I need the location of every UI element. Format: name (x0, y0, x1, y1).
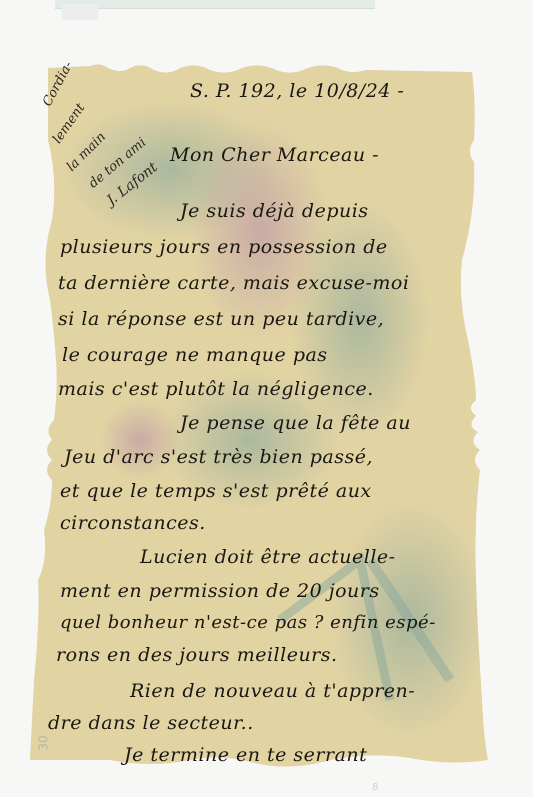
body-line-13: quel bonheur n'est-ce pas ? enfin espé- (60, 612, 436, 633)
body-line-17: Je termine en te serrant (124, 744, 367, 766)
body-line-11: Lucien doit être actuelle- (140, 546, 396, 568)
archive-bottom-mark: 8 (372, 782, 378, 793)
body-line-9: et que le temps s'est prêté aux (60, 480, 372, 502)
body-line-10: circonstances. (60, 512, 206, 534)
body-line-12: ment en permission de 20 jours (60, 580, 380, 602)
body-line-8: Jeu d'arc s'est très bien passé, (64, 446, 373, 468)
body-line-5: le courage ne manque pas (62, 344, 328, 366)
archive-pencil-number: 30 (37, 735, 51, 750)
body-line-14: rons en des jours meilleurs. (56, 644, 338, 666)
body-line-2: plusieurs jours en possession de (60, 236, 388, 258)
body-line-7: Je pense que la fête au (180, 412, 411, 434)
scan-top-strip (55, 0, 375, 9)
body-line-6: mais c'est plutôt la négligence. (58, 378, 374, 400)
body-line-16: dre dans le secteur.. (48, 712, 254, 734)
body-line-15: Rien de nouveau à t'appren- (130, 680, 415, 702)
body-line-1: Je suis déjà depuis (180, 200, 369, 222)
salutation: Mon Cher Marceau - (170, 144, 379, 166)
postcard: Cordia- lement la main de ton ami J. Laf… (30, 60, 492, 772)
body-line-3: ta dernière carte, mais excuse-moi (58, 272, 409, 294)
scan-smudge (62, 4, 98, 20)
date-line: S. P. 192, le 10/8/24 - (190, 80, 404, 102)
body-line-4: si la réponse est un peu tardive, (58, 308, 384, 330)
